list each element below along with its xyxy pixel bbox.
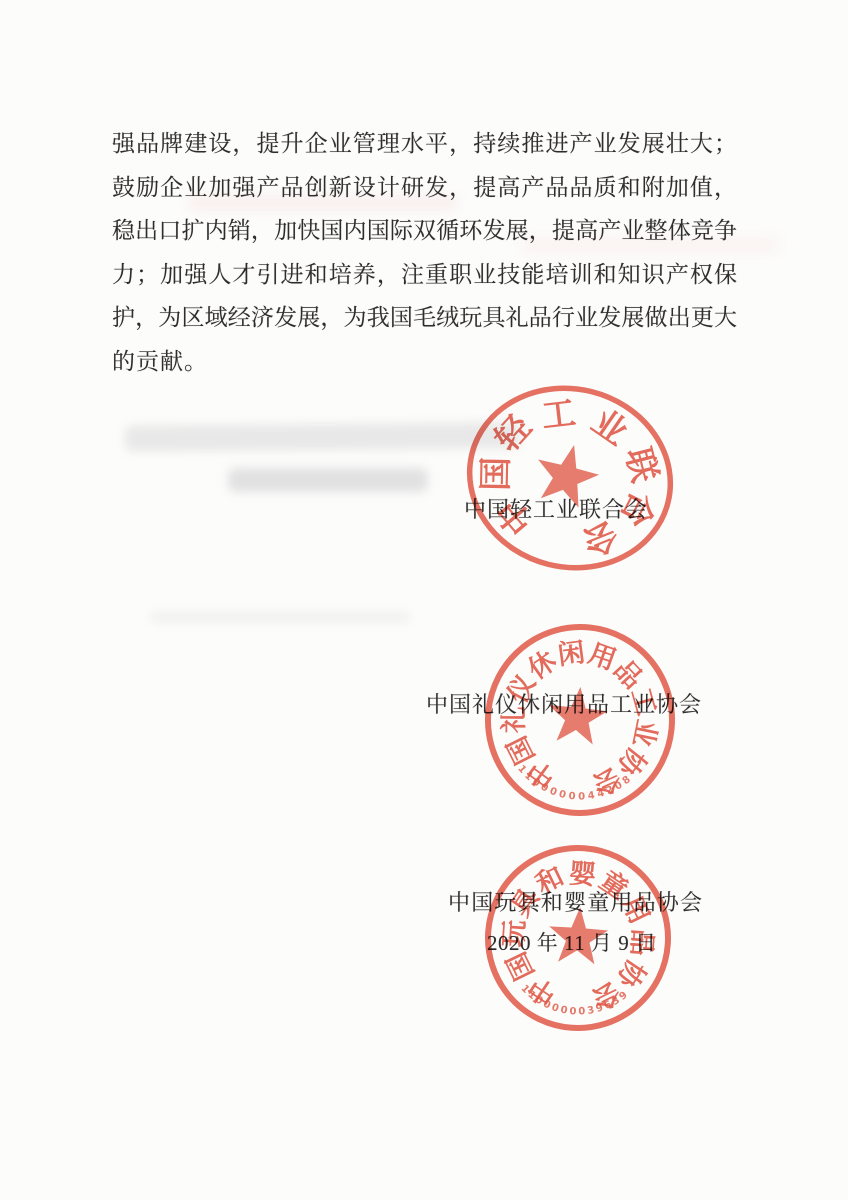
body-line: 护，为区域经济发展，为我国毛绒玩具礼品行业发展做出更大 [112, 296, 737, 340]
body-line: 鼓励企业加强产品创新设计研发，提高产品品质和附加值， [112, 166, 737, 210]
seal-code-digit: 0 [559, 1005, 568, 1017]
bleed-through-artifact [150, 612, 410, 622]
seal-code-digit: 0 [578, 791, 585, 802]
scanned-letter-page: 强品牌建设，提升企业管理水平，持续推进产业发展壮大； 鼓励企业加强产品创新设计研… [0, 0, 848, 1200]
seal-code-digit: 0 [569, 1006, 577, 1017]
seal-ring-character: 国 [477, 457, 516, 492]
bleed-through-artifact [228, 468, 428, 492]
seal-ring-character: 工 [540, 395, 578, 436]
body-line: 稳出口扩内销，加快国内国际双循环发展，提高产业整体竞争 [112, 209, 737, 253]
letter-body-paragraph: 强品牌建设，提升企业管理水平，持续推进产业发展壮大； 鼓励企业加强产品创新设计研… [112, 122, 737, 383]
seal-code-digit: 0 [548, 786, 558, 799]
body-line: 强品牌建设，提升企业管理水平，持续推进产业发展壮大； [112, 122, 737, 166]
seal-code-digit: 3 [586, 1005, 595, 1017]
seal-ring-character: 闲 [556, 637, 587, 670]
signature-date: 2020 年 11 月 9 日 [487, 927, 656, 957]
signature-org-name: 中国礼仪休闲用品工业协会 [426, 688, 702, 719]
seal-code-digit: 0 [550, 1002, 560, 1015]
body-line: 的贡献。 [112, 340, 737, 384]
seal-code-digit: 0 [558, 789, 567, 801]
signature-org-name: 中国轻工业联合会 [464, 493, 648, 524]
body-line: 力；加强人才引进和培养，注重职业技能培训和知识产权保 [112, 253, 737, 297]
seal-code-digit: 4 [587, 790, 596, 802]
seal-code-digit: 0 [568, 791, 576, 803]
seal-code-digit: 0 [578, 1006, 586, 1017]
official-seal-china-gifts-leisure-products-association: 中国礼仪休闲用品工业协会1100000044208 [460, 600, 700, 840]
official-seal-china-light-industry-federation: 中国轻工业联合会 [450, 358, 690, 598]
seal-ring-character: 业 [585, 403, 634, 453]
seal-ring-character: 联 [618, 444, 663, 486]
signature-org-name: 中国玩具和婴童用品协会 [448, 886, 703, 917]
